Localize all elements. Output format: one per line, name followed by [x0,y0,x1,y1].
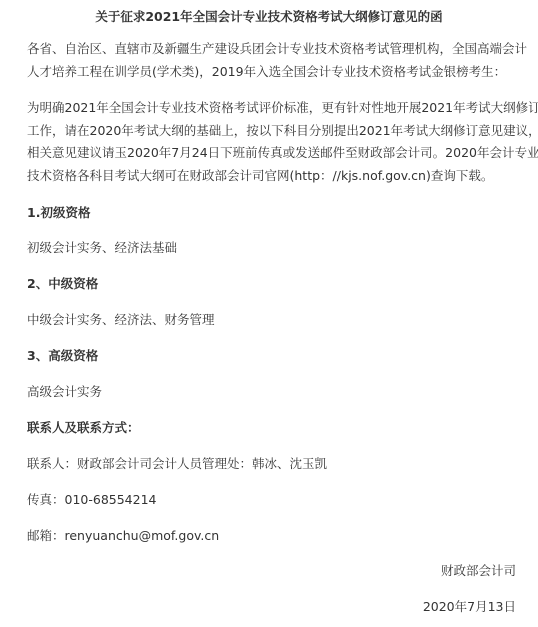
section-heading-junior: 1.初级资格 [27,202,517,225]
section-heading-intermediate: 2、中级资格 [27,273,517,296]
section-content-senior: 高级会计实务 [27,381,517,404]
section-content-junior: 初级会计实务、经济法基础 [27,237,517,260]
body-line: 技术资格各科目考试大纲可在财政部会计司官网(http：//kjs.nof.gov… [27,165,517,188]
section-heading-senior: 3、高级资格 [27,345,517,368]
salutation-paragraph: 各省、自治区、直辖市及新疆生产建设兵团会计专业技术资格考试管理机构，全国高端会计… [27,38,517,83]
document: 关于征求2021年全国会计专业技术资格考试大纲修订意见的函 各省、自治区、直辖市… [0,0,538,627]
section-content-intermediate: 中级会计实务、经济法、财务管理 [27,309,517,332]
contact-email[interactable]: 邮箱：renyuanchu@mof.gov.cn [27,525,517,548]
contact-heading: 联系人及联系方式： [27,417,517,440]
body-line: 相关意见建议请玉2020年7月24日下班前传真或发送邮件至财政部会计司。2020… [27,142,517,165]
signature-org: 财政部会计司 [441,561,516,579]
document-title: 关于征求2021年全国会计专业技术资格考试大纲修订意见的函 [0,8,538,26]
contact-fax: 传真：010-68554214 [27,489,517,512]
body-line: 为明确2021年全国会计专业技术资格考试评价标准，更有针对性地开展2021年考试… [27,97,517,120]
body-line: 工作，请在2020年考试大纲的基础上，按以下科目分别提出2021年考试大纲修订意… [27,120,517,143]
salutation-line: 人才培养工程在训学员(学术类)，2019年入选全国会计专业技术资格考试金银榜考生… [27,61,517,84]
body-paragraph: 为明确2021年全国会计专业技术资格考试评价标准，更有针对性地开展2021年考试… [27,97,517,187]
salutation-line: 各省、自治区、直辖市及新疆生产建设兵团会计专业技术资格考试管理机构，全国高端会计 [27,38,517,61]
signature-date: 2020年7月13日 [423,597,516,615]
contact-person: 联系人：财政部会计司会计人员管理处：韩冰、沈玉凯 [27,453,517,476]
